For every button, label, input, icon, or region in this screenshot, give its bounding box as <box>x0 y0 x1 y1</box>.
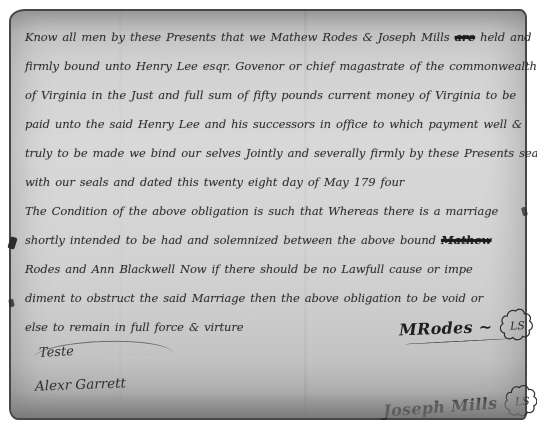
paper-edge-tear <box>521 207 528 217</box>
document-line: of Virginia in the Just and full sum of … <box>25 81 513 110</box>
struck-word: Mathew <box>441 233 491 247</box>
svg-text:LS: LS <box>509 319 525 333</box>
scan-background: Know all men by these Presents that we M… <box>0 0 537 432</box>
line-text: truly to be made we bind our selves Join… <box>25 146 537 160</box>
paper-edge-tear <box>8 299 15 308</box>
document-paper: Know all men by these Presents that we M… <box>9 9 527 420</box>
struck-word: are <box>455 30 476 44</box>
paper-edge-tear <box>7 236 17 250</box>
rodes-signature: MRodes ~ <box>399 317 493 339</box>
document-body-text: Know all men by these Presents that we M… <box>25 23 513 342</box>
document-line: paid unto the said Henry Lee and his suc… <box>25 110 513 139</box>
line-text: else to remain in full force & virture <box>25 320 243 334</box>
document-line: Rodes and Ann Blackwell Now if there sho… <box>25 255 513 284</box>
line-text: with our seals and dated this twenty eig… <box>25 175 404 189</box>
teste-label: Teste <box>39 344 75 361</box>
line-text: of Virginia in the Just and full sum of … <box>25 88 516 102</box>
line-text: firmly bound unto Henry Lee esqr. Goveno… <box>25 59 537 73</box>
line-text: Rodes and Ann Blackwell Now if there sho… <box>25 262 473 276</box>
document-line: Know all men by these Presents that we M… <box>25 23 513 52</box>
line-text: shortly intended to be had and solemnize… <box>25 233 441 247</box>
document-line: truly to be made we bind our selves Join… <box>25 139 513 168</box>
document-line: shortly intended to be had and solemnize… <box>25 226 513 255</box>
line-text: Know all men by these Presents that we M… <box>25 30 455 44</box>
line-text: held and <box>475 30 531 44</box>
line-text: The Condition of the above obligation is… <box>25 204 498 218</box>
document-line: with our seals and dated this twenty eig… <box>25 168 513 197</box>
paper-bottom-shadow <box>11 392 525 418</box>
document-line: firmly bound unto Henry Lee esqr. Goveno… <box>25 52 513 81</box>
document-line: The Condition of the above obligation is… <box>25 197 513 226</box>
line-text: paid unto the said Henry Lee and his suc… <box>25 117 522 131</box>
line-text: diment to obstruct the said Marriage the… <box>25 291 483 305</box>
rodes-seal-icon: LS <box>496 305 537 346</box>
